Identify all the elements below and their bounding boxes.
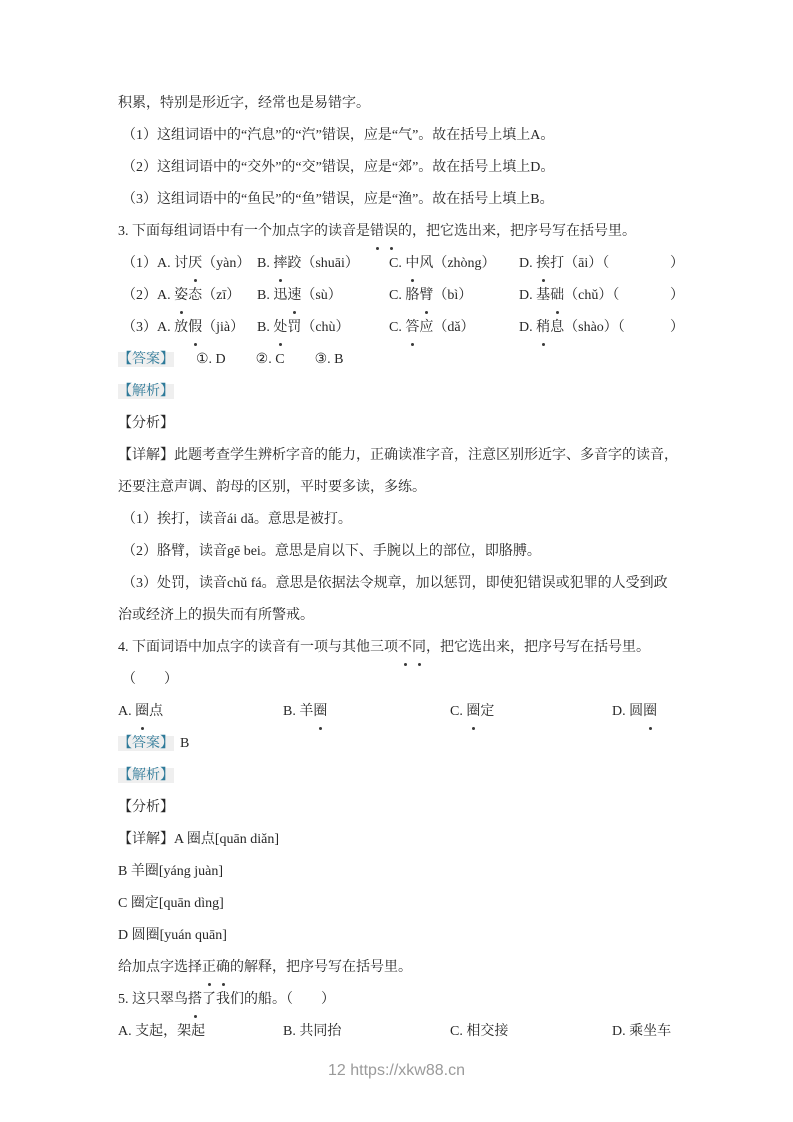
q3-r3-option-c: C. 答应（dǎ） — [389, 312, 519, 344]
q3-r2-option-c: C. 胳臂（bì） — [389, 280, 519, 312]
q3-r3-option-d-text: D. 稍息（shào）（ — [519, 312, 625, 344]
q3-r1-option-a: （1）A. 讨厌（yàn） — [122, 248, 257, 280]
q4-title: 4. 下面词语中加点字的读音有一项与其他三项不同，把它选出来，把序号写在括号里。 — [118, 632, 684, 664]
q5-option-row: A. 支起，架起 B. 共同抬 C. 相交接 D. 乘坐车 — [118, 1016, 684, 1048]
q4-detail-line-2: B 羊圈[yáng juàn] — [118, 856, 684, 888]
q3-r1-option-d-text: D. 挨打（āi）（ — [519, 248, 609, 280]
q4-option-row: A. 圈点 B. 羊圈 C. 圈定 D. 圆圈 — [118, 696, 684, 728]
q4-bracket-line: （ ） — [118, 664, 684, 696]
q3-answer-label: 【答案】 — [118, 352, 174, 367]
q4-option-a: A. 圈点 — [118, 696, 283, 728]
q3-answer-1: ①. D — [196, 352, 226, 367]
q3-r1-option-d: D. 挨打（āi）（） — [519, 248, 684, 280]
q5-title: 5. 这只翠鸟搭了我们的船。（ ） — [118, 984, 684, 1016]
q3-detail-line-4: （2）胳臂，读音gē bei。意思是肩以下、手腕以上的部位，即胳膊。 — [118, 536, 684, 568]
q3-r3-option-b: B. 处罚（chù） — [257, 312, 389, 344]
q3-detail-line-3: （1）挨打，读音ái dǎ。意思是被打。 — [118, 504, 684, 536]
q3-r3-close-paren: ） — [670, 312, 684, 344]
q4-answer-label: 【答案】 — [118, 736, 174, 751]
q5-option-d: D. 乘坐车 — [612, 1016, 684, 1048]
q2-explain-intro: 积累，特别是形近字，经常也是易错字。 — [118, 88, 684, 120]
q4-fenxi-label-line: 【分析】 — [118, 792, 684, 824]
q3-r2-option-d-text: D. 基础（chǔ）（ — [519, 280, 619, 312]
q2-explain-item-3: （3）这组词语中的“鱼民”的“鱼”错误，应是“渔”。故在括号上填上B。 — [118, 184, 684, 216]
q5-option-c: C. 相交接 — [450, 1016, 612, 1048]
q3-jiexi-label-line: 【解析】 — [118, 376, 684, 408]
exam-document-page: 积累，特别是形近字，经常也是易错字。 （1）这组词语中的“汽息”的“汽”错误，应… — [0, 0, 793, 1122]
q4-fenxi-label: 【分析】 — [118, 800, 174, 815]
q5-option-b: B. 共同抬 — [283, 1016, 450, 1048]
q3-answer-3: ③. B — [315, 352, 344, 367]
footer-page-number-url: 12 https://xkw88.cn — [0, 1062, 793, 1080]
q3-fenxi-label: 【分析】 — [118, 416, 174, 431]
q3-jiexi-label: 【解析】 — [118, 384, 174, 399]
q3-r1-option-c: C. 中风（zhòng） — [389, 248, 519, 280]
q4-detail-line-3: C 圈定[quān dìng] — [118, 888, 684, 920]
q3-r2-option-d: D. 基础（chǔ）（） — [519, 280, 684, 312]
q3-detail-line-5: （3）处罚，读音chǔ fá。意思是依据法令规章，加以惩罚，即使犯错误或犯罪的人… — [118, 568, 684, 600]
q3-r1-close-paren: ） — [670, 248, 684, 280]
q3-r3-option-a: （3）A. 放假（jià） — [122, 312, 257, 344]
q3-r2-close-paren: ） — [670, 280, 684, 312]
q2-explain-item-2: （2）这组词语中的“交外”的“交”错误，应是“郊”。故在括号上填上D。 — [118, 152, 684, 184]
q4-detail-line-1: 【详解】A 圈点[quān diǎn] — [118, 824, 684, 856]
q3-option-row-1: （1）A. 讨厌（yàn） B. 摔跤（shuāi） C. 中风（zhòng） … — [118, 248, 684, 280]
q5-option-a: A. 支起，架起 — [118, 1016, 283, 1048]
q4-answer-line: 【答案】B — [118, 728, 684, 760]
q3-detail-line-1: 【详解】此题考查学生辨析字音的能力，正确读准字音，注意区别形近字、多音字的读音， — [118, 440, 684, 472]
q4-answer-value: B — [180, 736, 189, 751]
q3-answer-2: ②. C — [256, 352, 285, 367]
q3-detail-line-2: 还要注意声调、韵母的区别，平时要多读，多练。 — [118, 472, 684, 504]
q3-option-row-2: （2）A. 姿态（zī） B. 迅速（sù） C. 胳臂（bì） D. 基础（c… — [118, 280, 684, 312]
q4-option-d: D. 圆圈 — [612, 696, 684, 728]
q3-answer-line: 【答案】①. D②. C③. B — [118, 344, 684, 376]
q4-detail-line-4: D 圆圈[yuán quān] — [118, 920, 684, 952]
q3-r1-option-b: B. 摔跤（shuāi） — [257, 248, 389, 280]
q4-jiexi-label-line: 【解析】 — [118, 760, 684, 792]
q3-detail-line-6: 治或经济上的损失而有所警戒。 — [118, 600, 684, 632]
q3-r3-option-d: D. 稍息（shào）（） — [519, 312, 684, 344]
q4-option-c: C. 圈定 — [450, 696, 612, 728]
q3-option-row-3: （3）A. 放假（jià） B. 处罚（chù） C. 答应（dǎ） D. 稍息… — [118, 312, 684, 344]
q3-title: 3. 下面每组词语中有一个加点字的读音是错误的，把它选出来，把序号写在括号里。 — [118, 216, 684, 248]
q3-r2-option-b: B. 迅速（sù） — [257, 280, 389, 312]
q4-option-b: B. 羊圈 — [283, 696, 450, 728]
q2-explain-item-1: （1）这组词语中的“汽息”的“汽”错误，应是“气”。故在括号上填上A。 — [118, 120, 684, 152]
q3-r2-option-a: （2）A. 姿态（zī） — [122, 280, 257, 312]
q4-followup-instruction: 给加点字选择正确的解释，把序号写在括号里。 — [118, 952, 684, 984]
q4-jiexi-label: 【解析】 — [118, 768, 174, 783]
document-content: 积累，特别是形近字，经常也是易错字。 （1）这组词语中的“汽息”的“汽”错误，应… — [118, 88, 684, 1048]
q3-fenxi-label-line: 【分析】 — [118, 408, 684, 440]
